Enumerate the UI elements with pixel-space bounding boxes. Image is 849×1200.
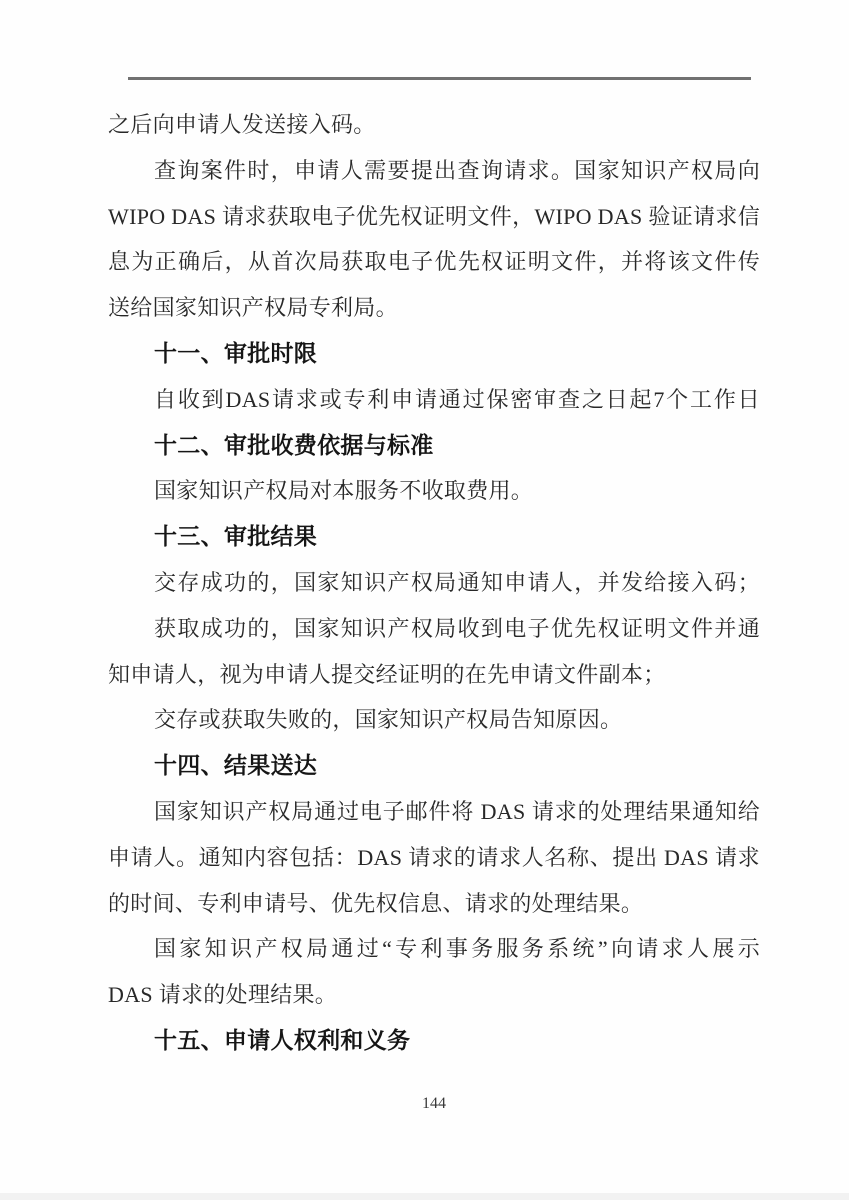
body-text-line: 知申请人，视为申请人提交经证明的在先申请文件副本； [108,652,760,698]
header-rule [128,77,751,80]
body-text-line: 申请人。通知内容包括：DAS 请求的请求人名称、提出 DAS 请求 [108,835,760,881]
body-text-line: 获取成功的，国家知识产权局收到电子优先权证明文件并通 [108,606,760,652]
section-heading: 十三、审批结果 [108,514,760,560]
body-text-line: 的时间、专利申请号、优先权信息、请求的处理结果。 [108,881,760,927]
section-heading: 十五、申请人权利和义务 [108,1018,760,1064]
body-text-line: 交存或获取失败的，国家知识产权局告知原因。 [108,697,760,743]
body-text-line: 之后向申请人发送接入码。 [108,102,760,148]
body-text-line: DAS 请求的处理结果。 [108,972,760,1018]
body-text-line: 送给国家知识产权局专利局。 [108,285,760,331]
body-text-line: 自收到DAS请求或专利申请通过保密审查之日起7个工作日内。 [108,377,760,423]
body-text-line: 查询案件时，申请人需要提出查询请求。国家知识产权局向 [108,148,760,194]
body-text-line: WIPO DAS 请求获取电子优先权证明文件，WIPO DAS 验证请求信 [108,194,760,240]
body-text-line: 国家知识产权局对本服务不收取费用。 [108,468,760,514]
section-heading: 十二、审批收费依据与标准 [108,423,760,469]
body-text-line: 国家知识产权局通过“专利事务服务系统”向请求人展示 [108,926,760,972]
section-heading: 十一、审批时限 [108,331,760,377]
section-heading: 十四、结果送达 [108,743,760,789]
document-page: 之后向申请人发送接入码。查询案件时，申请人需要提出查询请求。国家知识产权局向WI… [0,0,849,1200]
page-number: 144 [108,1092,760,1116]
body-text-line: 交存成功的，国家知识产权局通知申请人，并发给接入码； [108,560,760,606]
body-text-line: 息为正确后，从首次局获取电子优先权证明文件，并将该文件传 [108,239,760,285]
page-bottom-edge [0,1193,849,1200]
document-content: 之后向申请人发送接入码。查询案件时，申请人需要提出查询请求。国家知识产权局向WI… [108,102,760,1064]
body-text-line: 国家知识产权局通过电子邮件将 DAS 请求的处理结果通知给 [108,789,760,835]
